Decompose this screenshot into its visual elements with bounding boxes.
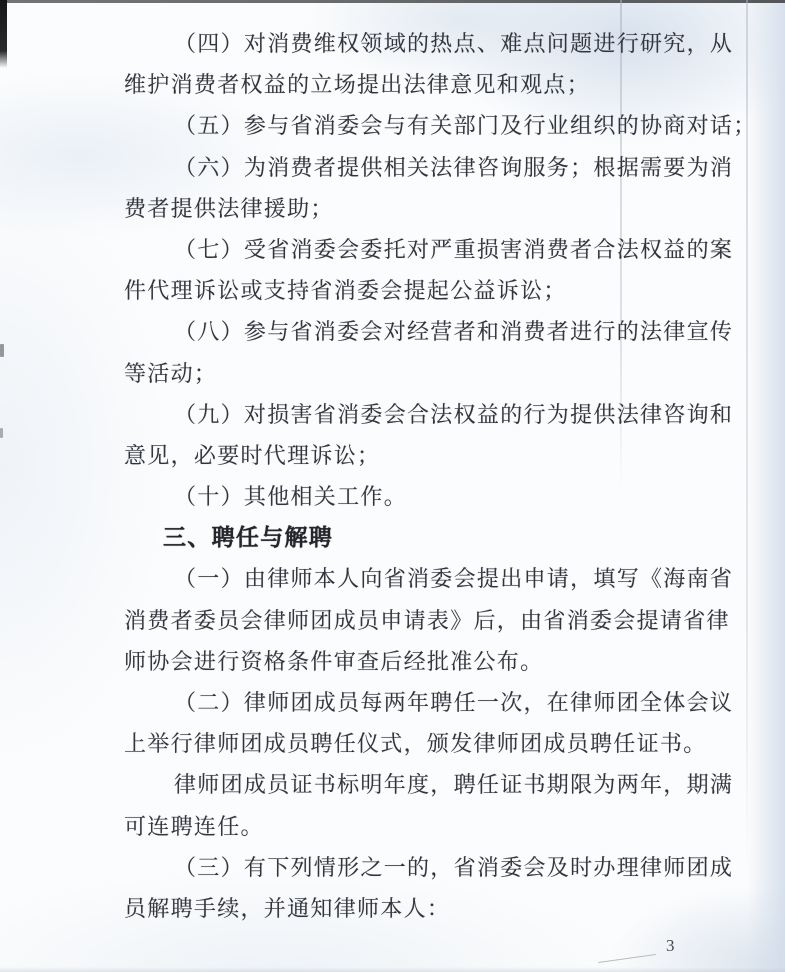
scan-edge-line	[0, 0, 785, 3]
text-line: 费者提供法律援助；	[124, 188, 755, 229]
page-number: 3	[666, 936, 675, 956]
text-line: （一）由律师本人向省消委会提出申请，填写《海南省	[124, 558, 755, 599]
text-line: （四）对消费维权领域的热点、难点问题进行研究，从	[124, 23, 755, 64]
text-line: （五）参与省消委会与有关部门及行业组织的协商对话；	[124, 105, 755, 146]
scan-edge-tick	[0, 428, 3, 438]
scan-scratch-mark	[598, 954, 656, 963]
text-line: 上举行律师团成员聘任仪式，颁发律师团成员聘任证书。	[124, 723, 755, 764]
text-line: 消费者委员会律师团成员申请表》后，由省消委会提请省律	[124, 600, 755, 641]
scanned-document-page: （四）对消费维权领域的热点、难点问题进行研究，从维护消费者权益的立场提出法律意见…	[0, 0, 785, 972]
text-line: 师协会进行资格条件审查后经批准公布。	[124, 641, 755, 682]
section-heading: 三、聘任与解聘	[124, 517, 755, 558]
text-line: 律师团成员证书标明年度，聘任证书期限为两年，期满	[124, 764, 755, 805]
text-line: （七）受省消委会委托对严重损害消费者合法权益的案	[124, 229, 755, 270]
text-line: （八）参与省消委会对经营者和消费者进行的法律宣传	[124, 311, 755, 352]
scan-edge-tick	[0, 344, 4, 357]
text-line: （三）有下列情形之一的，省消委会及时办理律师团成	[124, 847, 755, 888]
scan-edge-mark	[0, 0, 7, 68]
text-line: （二）律师团成员每两年聘任一次，在律师团全体会议	[124, 682, 755, 723]
text-line: （六）为消费者提供相关法律咨询服务；根据需要为消	[124, 147, 755, 188]
document-body: （四）对消费维权领域的热点、难点问题进行研究，从维护消费者权益的立场提出法律意见…	[124, 23, 755, 929]
text-line: 可连聘连任。	[124, 806, 755, 847]
text-line: （九）对损害省消委会合法权益的行为提供法律咨询和	[124, 394, 755, 435]
text-line: 意见，必要时代理诉讼；	[124, 435, 755, 476]
scan-bottom-shadow	[0, 967, 785, 972]
text-line: 件代理诉讼或支持省消委会提起公益诉讼；	[124, 270, 755, 311]
text-line: 员解聘手续，并通知律师本人：	[124, 888, 755, 929]
text-line: 等活动；	[124, 353, 755, 394]
text-line: （十）其他相关工作。	[124, 476, 755, 517]
text-line: 维护消费者权益的立场提出法律意见和观点；	[124, 64, 755, 105]
